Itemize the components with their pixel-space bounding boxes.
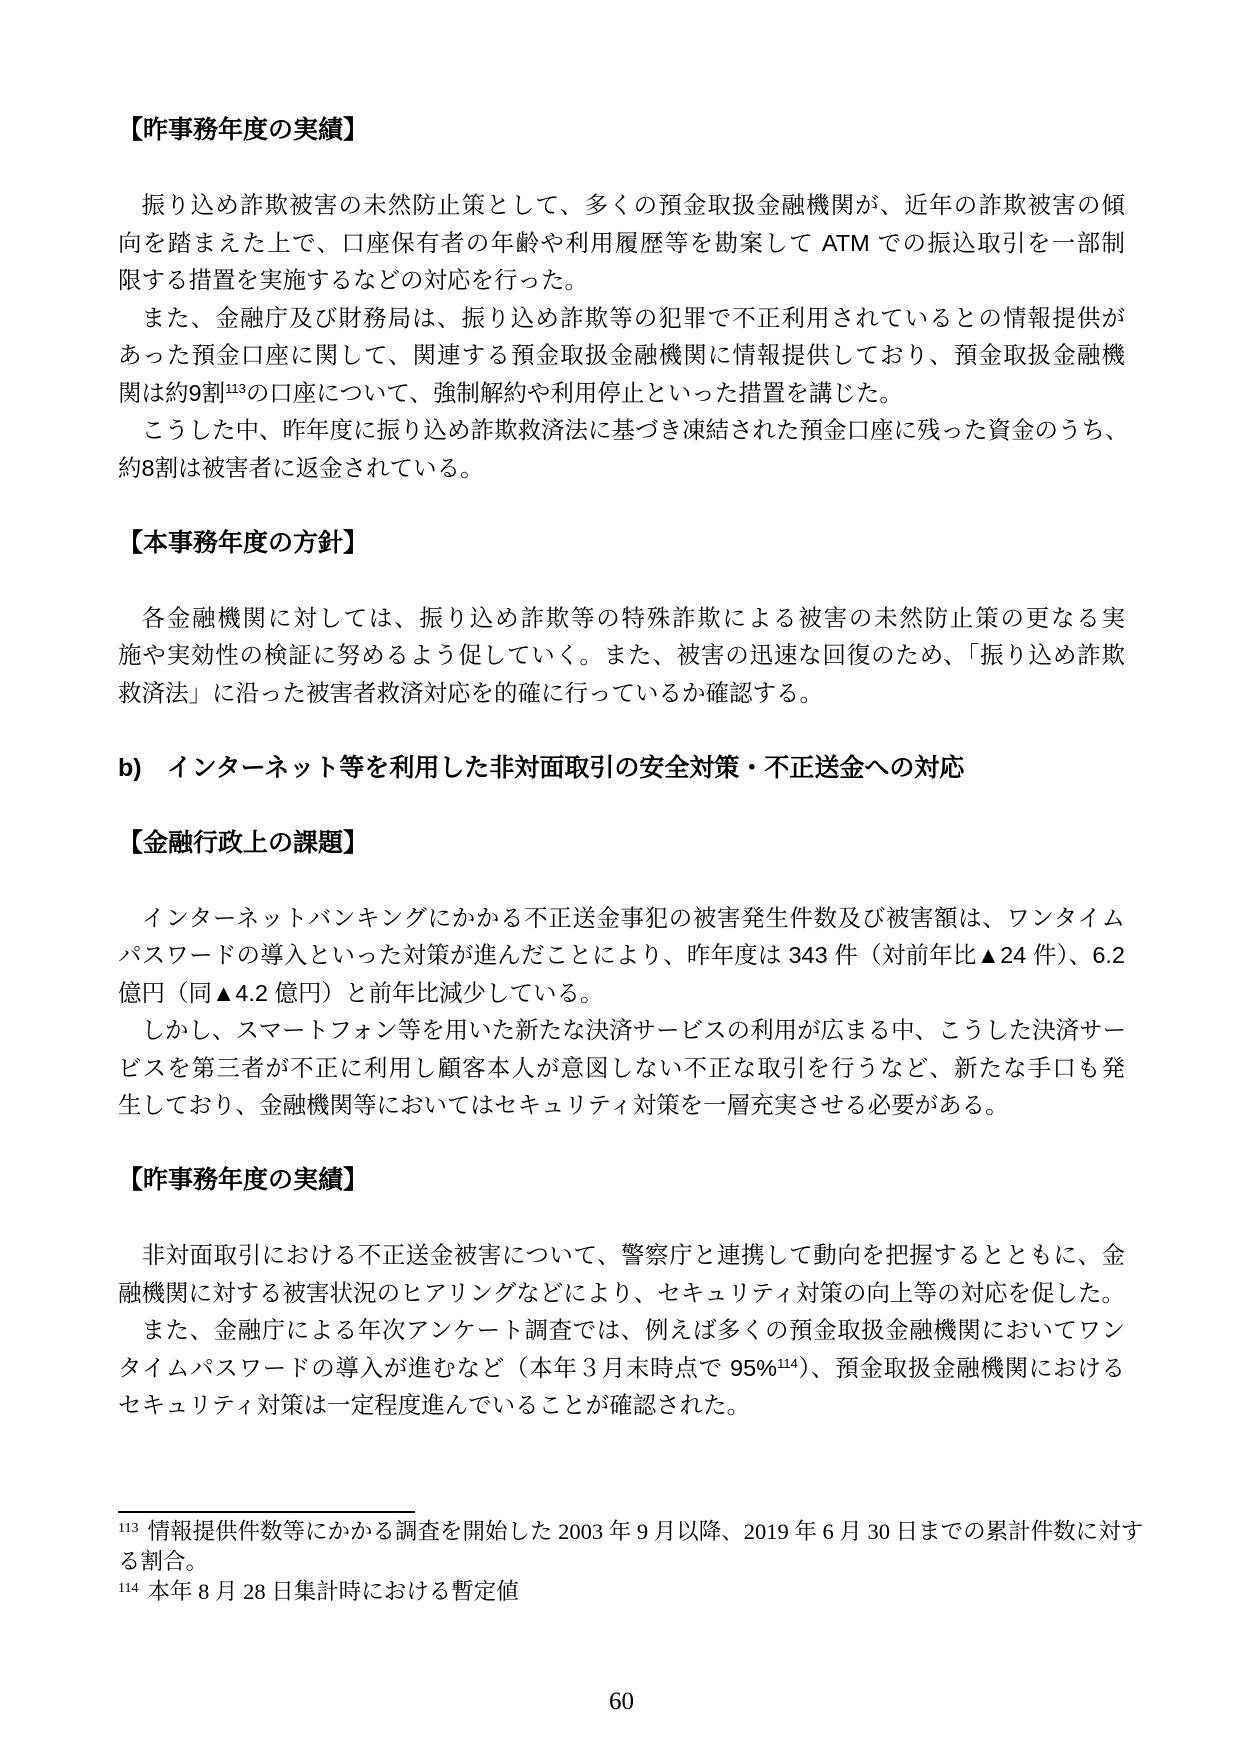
text-segment: ）、預金取扱金融機関における <box>798 1355 1125 1381</box>
footnotes-section: 113情報提供件数等にかかる調査を開始した 2003 年 9 月以降、2019 … <box>118 1511 1125 1607</box>
text-line: また、金融庁による年次アンケート調査では、例えば多くの預金取扱金融機関においてワ… <box>118 1312 1125 1350</box>
document-page: 【昨事務年度の実績】 振り込め詐欺被害の未然防止策として、多くの預金取扱金融機関… <box>0 0 1241 1754</box>
paragraph-internet-banking: インターネットバンキングにかかる不正送金事犯の被害発生件数及び被害額は、ワンタイ… <box>118 900 1125 1013</box>
blank-line <box>118 487 1125 525</box>
text-line: こうした中、昨年度に振り込め詐欺救済法に基づき凍結された預金口座に残った資金のう… <box>118 412 1125 450</box>
paragraph-fraud-prevention: 振り込め詐欺被害の未然防止策として、多くの預金取扱金融機関が、近年の詐欺被害の傾… <box>118 187 1125 300</box>
text-line: また、金融庁及び財務局は、振り込め詐欺等の犯罪で不正利用されているとの情報提供が <box>118 300 1125 338</box>
footnote-line: る割合。 <box>118 1547 1125 1577</box>
footnote-ref-113: 113 <box>225 381 246 396</box>
text-line: ビスを第三者が不正に利用し顧客本人が意図しない不正な取引を行うなど、新たな手口も… <box>118 1050 1125 1088</box>
text-line: 向を踏まえた上で、口座保有者の年齢や利用履歴等を勘案して ATM での振込取引を… <box>118 225 1125 263</box>
footnote-text: 本年 8 月 28 日集計時における暫定値 <box>147 1579 518 1604</box>
paragraph-refunds: こうした中、昨年度に振り込め詐欺救済法に基づき凍結された預金口座に残った資金のう… <box>118 412 1125 487</box>
text-line: 億円（同▲4.2 億円）と前年比減少している。 <box>118 975 1125 1013</box>
text-line: セキュリティ対策は一定程度進んでいることが確認された。 <box>118 1387 1125 1425</box>
blank-line <box>118 150 1125 188</box>
paragraph-survey: また、金融庁による年次アンケート調査では、例えば多くの預金取扱金融機関においてワ… <box>118 1312 1125 1425</box>
text-line: パスワードの導入といった対策が進んだことにより、昨年度は 343 件（対前年比▲… <box>118 937 1125 975</box>
blank-line <box>118 1125 1125 1163</box>
text-segment: の口座について、強制解約や利用停止といった措置を講じた。 <box>246 380 903 406</box>
footnote-marker-113: 113 <box>118 1521 138 1536</box>
blank-line <box>118 862 1125 900</box>
page-footer: 60 <box>118 1687 1125 1717</box>
text-line: 生しており、金融機関等においてはセキュリティ対策を一層充実させる必要がある。 <box>118 1087 1125 1125</box>
paragraph-new-payment-services: しかし、スマートフォン等を用いた新たな決済サービスの利用が広まる中、こうした決済… <box>118 1012 1125 1125</box>
footnote-line: 114本年 8 月 28 日集計時における暫定値 <box>118 1577 1125 1607</box>
text-line: 救済法」に沿った被害者救済対応を的確に行っているか確認する。 <box>118 675 1125 713</box>
heading-last-year-results-2: 【昨事務年度の実績】 <box>118 1162 1125 1200</box>
footnote-divider <box>118 1511 415 1513</box>
heading-policy: 【本事務年度の方針】 <box>118 525 1125 563</box>
paragraph-monitoring: 非対面取引における不正送金被害について、警察庁と連携して動向を把握するとともに、… <box>118 1237 1125 1312</box>
heading-last-year-results-1: 【昨事務年度の実績】 <box>118 112 1125 150</box>
footnote-114: 114本年 8 月 28 日集計時における暫定値 <box>118 1577 1125 1607</box>
blank-line <box>118 562 1125 600</box>
text-segment: タイムパスワードの導入が進むなど（本年３月末時点で 95% <box>118 1355 777 1381</box>
text-segment: 関は約9割 <box>118 380 225 406</box>
text-line: しかし、スマートフォン等を用いた新たな決済サービスの利用が広まる中、こうした決済… <box>118 1012 1125 1050</box>
heading-section-b: b) インターネット等を利用した非対面取引の安全対策・不正送金への対応 <box>118 750 1125 788</box>
text-line: インターネットバンキングにかかる不正送金事犯の被害発生件数及び被害額は、ワンタイ… <box>118 900 1125 938</box>
text-line: 非対面取引における不正送金被害について、警察庁と連携して動向を把握するとともに、… <box>118 1237 1125 1275</box>
text-line: 各金融機関に対しては、振り込め詐欺等の特殊詐欺による被害の未然防止策の更なる実 <box>118 600 1125 638</box>
heading-regulatory-issues: 【金融行政上の課題】 <box>118 825 1125 863</box>
page-number: 60 <box>609 1688 634 1715</box>
footnote-113: 113情報提供件数等にかかる調査を開始した 2003 年 9 月以降、2019 … <box>118 1517 1125 1577</box>
text-line: 関は約9割113の口座について、強制解約や利用停止といった措置を講じた。 <box>118 375 1125 413</box>
text-line: あった預金口座に関して、関連する預金取扱金融機関に情報提供しており、預金取扱金融… <box>118 337 1125 375</box>
text-line: 施や実効性の検証に努めるよう促していく。また、被害の迅速な回復のため、「振り込め… <box>118 637 1125 675</box>
paragraph-policy: 各金融機関に対しては、振り込め詐欺等の特殊詐欺による被害の未然防止策の更なる実施… <box>118 600 1125 713</box>
blank-line <box>118 787 1125 825</box>
text-line: 融機関に対する被害状況のヒアリングなどにより、セキュリティ対策の向上等の対応を促… <box>118 1275 1125 1313</box>
text-line: 振り込め詐欺被害の未然防止策として、多くの預金取扱金融機関が、近年の詐欺被害の傾 <box>118 187 1125 225</box>
blank-line <box>118 712 1125 750</box>
footnote-ref-114: 114 <box>777 1356 798 1371</box>
footnote-text: 情報提供件数等にかかる調査を開始した 2003 年 9 月以降、2019 年 6… <box>147 1519 1143 1544</box>
footnote-line: 113情報提供件数等にかかる調査を開始した 2003 年 9 月以降、2019 … <box>118 1517 1125 1547</box>
text-line: 限する措置を実施するなどの対応を行った。 <box>118 262 1125 300</box>
footnote-marker-114: 114 <box>118 1581 138 1596</box>
text-line: タイムパスワードの導入が進むなど（本年３月末時点で 95%114）、預金取扱金融… <box>118 1350 1125 1388</box>
blank-line <box>118 1200 1125 1238</box>
paragraph-fsa-info-sharing: また、金融庁及び財務局は、振り込め詐欺等の犯罪で不正利用されているとの情報提供が… <box>118 300 1125 413</box>
text-line: 約8割は被害者に返金されている。 <box>118 450 1125 488</box>
